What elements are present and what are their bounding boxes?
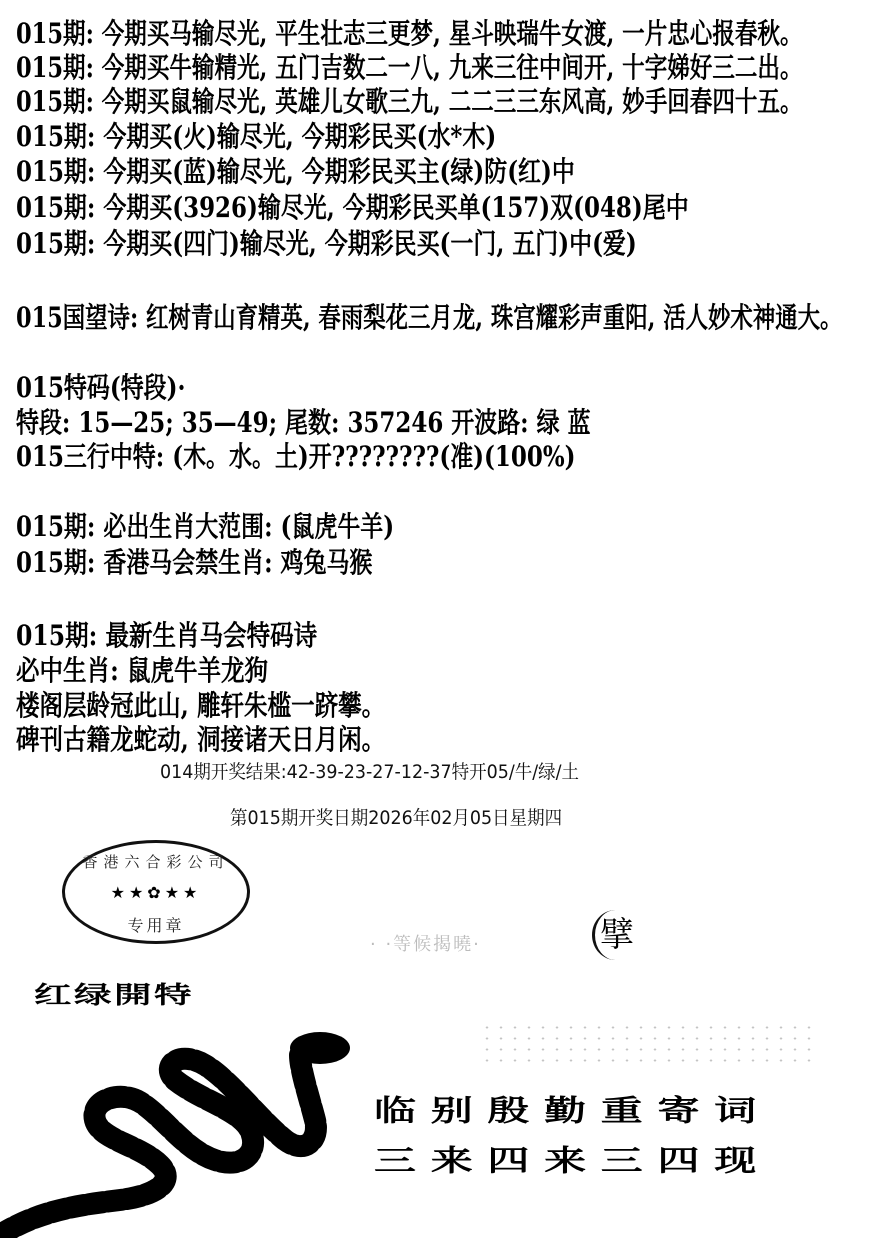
snake-illustration-icon — [0, 1010, 370, 1238]
prediction-line: 015期: 今期买牛输精光, 五门吉数二一八, 九来三往中间开, 十字娣好三二出… — [16, 52, 803, 84]
prediction-line: 015期: 今期买马输尽光, 平生壮志三更梦, 星斗映瑞牛女渡, 一片忠心报春秋… — [16, 18, 803, 50]
must-zodiac: 必中生肖: 鼠虎牛羊龙狗 — [16, 655, 268, 687]
three-elements-line: 015三行中特: (木。水。土)开????????(准)(100%) — [16, 441, 576, 473]
faded-caption: · ·等候揭曉· — [370, 930, 481, 956]
stamp-bottom-text: 专用章 — [65, 913, 247, 936]
stamp-arc-text: 香港六合彩公司 — [65, 851, 247, 872]
prediction-line: 015期: 今期买(蓝)输尽光, 今期彩民买主(绿)防(红)中 — [16, 156, 575, 188]
emblem-icon: 擘 — [592, 910, 639, 960]
prediction-line: 015期: 今期买鼠输尽光, 英雄儿女歌三九, 二二三三东风高, 妙手回春四十五… — [16, 86, 803, 118]
prediction-line: 015期: 今期买(四门)输尽光, 今期彩民买(一门, 五门)中(爱) — [16, 228, 637, 260]
poem-banner-line: 三来四来三四现 — [374, 1138, 771, 1179]
draw-date: 第015期开奖日期2026年02月05日星期四 — [230, 806, 562, 830]
special-code-heading: 015特码(特段)· — [16, 372, 185, 404]
poem-line: 楼阁层龄冠此山, 雕轩朱槛一跻攀。 — [16, 690, 385, 722]
special-segment: 特段: 15—25; 35—49; 尾数: 357246 开波路: 绿 蓝 — [16, 407, 591, 439]
official-stamp: 香港六合彩公司 ★★✿★★ 专用章 — [62, 840, 250, 944]
banned-zodiac: 015期: 香港马会禁生肖: 鸡兔马猴 — [16, 547, 372, 579]
red-green-title: 红绿開特 — [34, 975, 194, 1010]
previous-result: 014期开奖结果:42-39-23-27-12-37特开05/牛/绿/土 — [160, 760, 579, 784]
zodiac-poem-title: 015期: 最新生肖马会特码诗 — [16, 620, 317, 652]
zodiac-range: 015期: 必出生肖大范围: (鼠虎牛羊) — [16, 511, 394, 543]
national-poem: 015国望诗: 红树青山育精英, 春雨梨花三月龙, 珠宫耀彩声重阳, 活人妙术神… — [16, 302, 842, 334]
poem-line: 碑刊古籍龙蛇动, 洞接诸天日月闲。 — [16, 724, 385, 756]
faded-noise — [480, 1022, 820, 1062]
stamp-stars-icon: ★★✿★★ — [65, 883, 247, 902]
poem-banner-line: 临别殷勤重寄词 — [374, 1088, 771, 1129]
prediction-line: 015期: 今期买(火)输尽光, 今期彩民买(水*木) — [16, 121, 496, 153]
prediction-line: 015期: 今期买(3926)输尽光, 今期彩民买单(157)双(048)尾中 — [16, 192, 689, 224]
